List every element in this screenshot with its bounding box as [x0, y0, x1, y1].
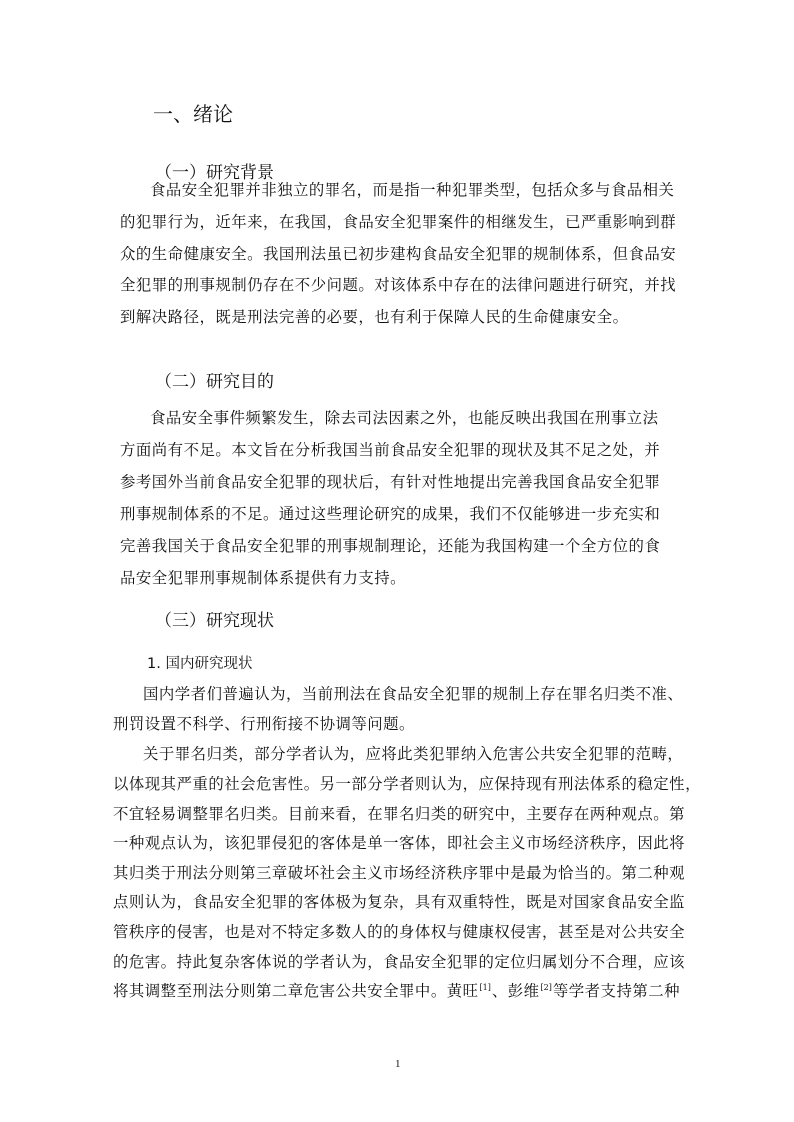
text-line: 管秩序的侵害，也是对不特定多数人的的身体权与健康权侵害，甚至是对公共安全 [113, 920, 685, 942]
document-page: 一、绪论 （一）研究背景 食品安全犯罪并非独立的罪名，而是指一种犯罪类型，包括众… [0, 0, 794, 1122]
text-line: 刑事规制体系的不足。通过这些理论研究的成果，我们不仅能够进一步充实和 [120, 502, 660, 524]
chapter-title: 一、绪论 [153, 98, 233, 127]
citation-ref-2[interactable]: [2] [541, 983, 552, 992]
text-segment: 等学者支持第二种 [553, 982, 680, 1000]
text-line: 关于罪名归类，部分学者认为，应将此类犯罪纳入危害公共安全犯罪的范畴， [143, 742, 683, 764]
text-line: 全犯罪的刑事规制仍存在不少问题。对该体系中存在的法律问题进行研究，并找 [120, 273, 676, 295]
page-number: 1 [395, 1058, 401, 1070]
text-line: 参考国外当前食品安全犯罪的现状后，有针对性地提出完善我国食品安全犯罪 [120, 470, 660, 492]
text-line: 食品安全事件频繁发生，除去司法因素之外，也能反映出我国在刑事立法 [150, 406, 659, 428]
text-line: 以体现其严重的社会危害性。另一部分学者则认为，应保持现有刑法体系的稳定性， [113, 772, 701, 794]
citation-ref-1[interactable]: [1] [480, 983, 491, 992]
text-line: 点则认为，食品安全犯罪的客体极为复杂，具有双重特性，既是对国家食品安全监 [113, 890, 685, 912]
subsection-heading-domestic: 1. 国内研究现状 [147, 652, 252, 673]
text-line: 其归类于刑法分则第三章破坏社会主义市场经济秩序罪中是最为恰当的。第二种观 [113, 861, 685, 883]
text-line: 国内学者们普遍认为，当前刑法在食品安全犯罪的规制上存在罪名归类不准、 [143, 682, 683, 704]
text-line: 到解决路径，既是刑法完善的必要，也有利于保障人民的生命健康安全。 [120, 305, 629, 327]
text-line: 方面尚有不足。本文旨在分析我国当前食品安全犯罪的现状及其不足之处，并 [120, 438, 660, 460]
text-line: 的危害。持此复杂客体说的学者认为，食品安全犯罪的定位归属划分不合理，应该 [113, 950, 685, 972]
section-heading-purpose: （二）研究目的 [155, 367, 274, 392]
text-line: 刑罚设置不科学、行刑衔接不协调等问题。 [113, 712, 415, 734]
text-line: 的犯罪行为，近年来，在我国，食品安全犯罪案件的相继发生，已严重影响到群 [120, 210, 676, 232]
text-segment: 、彭维 [492, 982, 540, 1000]
text-line-with-citations: 将其调整至刑法分则第二章危害公共安全罪中。黄旺[1]、彭维[2]等学者支持第二种 [113, 979, 680, 1001]
text-line: 一种观点认为，该犯罪侵犯的客体是单一客体，即社会主义市场经济秩序，因此将 [113, 831, 685, 853]
text-line: 完善我国关于食品安全犯罪的刑事规制理论，还能为我国构建一个全方位的食 [120, 534, 660, 556]
section-heading-status: （三）研究现状 [155, 606, 274, 631]
text-line: 品安全犯罪刑事规制体系提供有力支持。 [120, 566, 406, 588]
text-line: 众的生命健康安全。我国刑法虽已初步建构食品安全犯罪的规制体系，但食品安 [120, 242, 676, 264]
text-line: 食品安全犯罪并非独立的罪名，而是指一种犯罪类型，包括众多与食品相关 [150, 178, 674, 200]
text-segment: 将其调整至刑法分则第二章危害公共安全罪中。黄旺 [113, 982, 479, 1000]
text-line: 不宜轻易调整罪名归类。目前来看，在罪名归类的研究中，主要存在两种观点。第 [113, 802, 685, 824]
